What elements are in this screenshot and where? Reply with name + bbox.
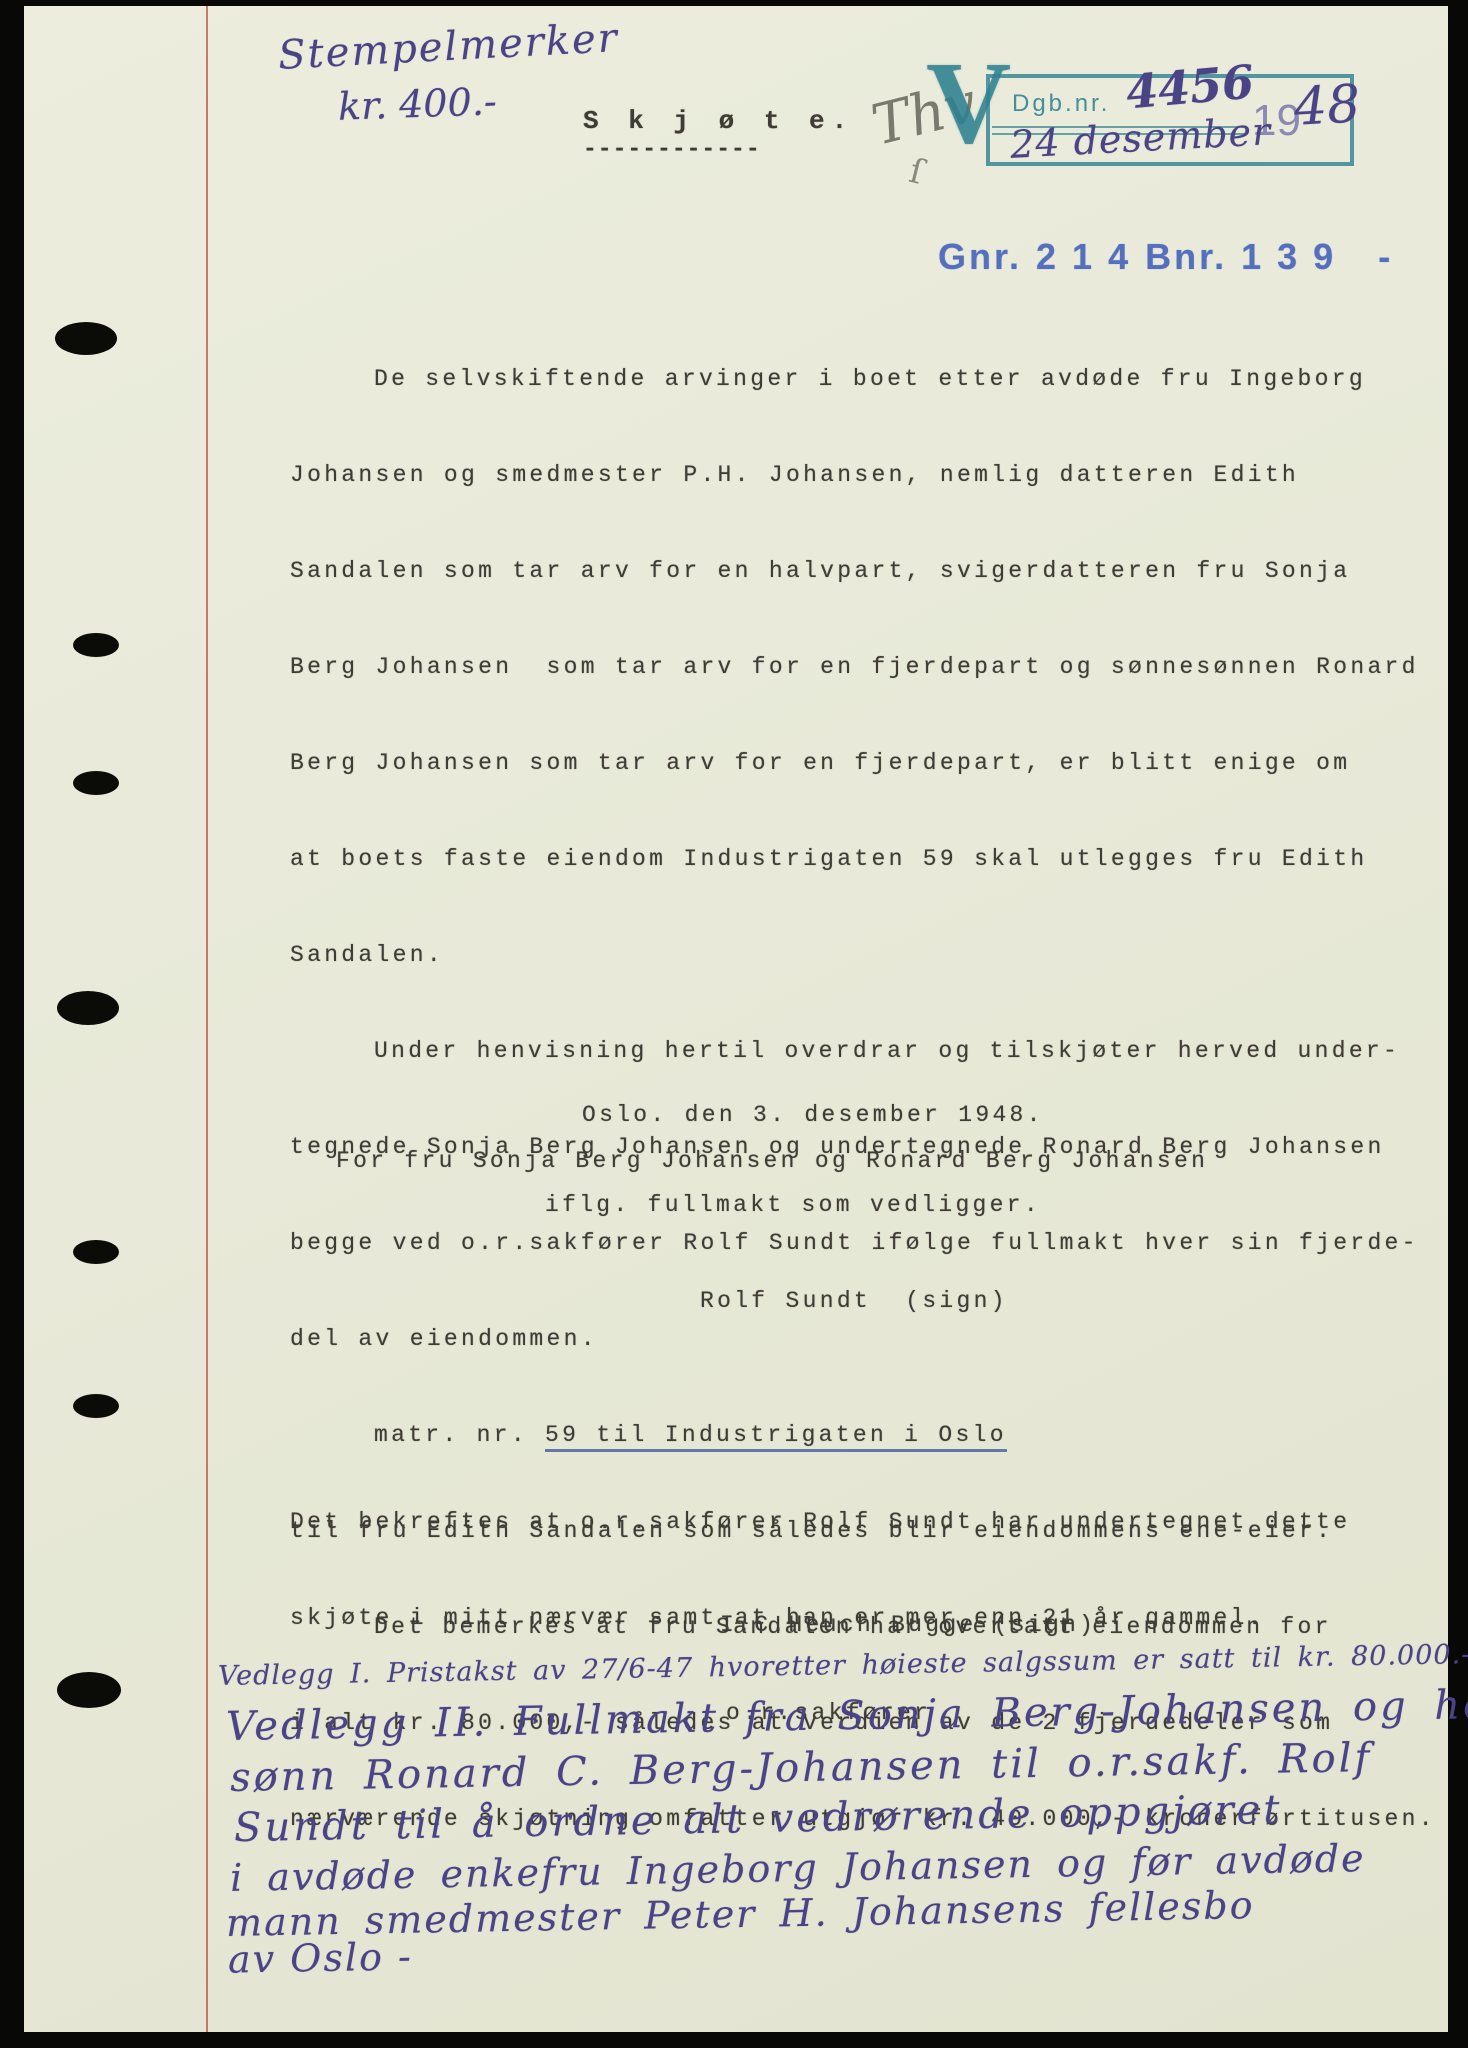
- signature-rolf-sundt: Rolf Sundt (sign): [700, 1288, 1008, 1314]
- hole-punch: [73, 771, 119, 795]
- attorney-line1: For fru Sonja Berg Johansen og Ronard Be…: [336, 1148, 1208, 1174]
- attorney-line2: iflg. fullmakt som vedligger.: [545, 1192, 1041, 1218]
- deed-line: Berg Johansen som tar arv for en fjerdep…: [290, 741, 1436, 785]
- deed-line: at boets faste eiendom Industrigaten 59 …: [290, 837, 1436, 881]
- title-underline: ------------: [583, 136, 761, 162]
- hole-punch: [73, 1394, 119, 1418]
- bnr-value: 1 3 9: [1241, 236, 1336, 277]
- document-title: S k j ø t e.: [583, 106, 854, 136]
- gnr-label: Gnr.: [938, 236, 1022, 277]
- matr-prefix: matr. nr.: [374, 1422, 545, 1448]
- journal-number-label: Dgb.nr.: [1012, 90, 1110, 118]
- deed-line: Johansen og smedmester P.H. Johansen, ne…: [290, 453, 1436, 497]
- journal-number-handwritten: 4456: [1124, 55, 1256, 120]
- deed-line: Sandalen.: [290, 933, 1436, 977]
- gnr-value: 2 1 4: [1036, 236, 1131, 277]
- year-handwritten: 48: [1292, 74, 1361, 137]
- deed-line: Under henvisning hertil overdrar og tils…: [290, 1029, 1436, 1073]
- deed-line: del av eiendommen.: [290, 1317, 1436, 1361]
- hole-punch: [73, 1240, 119, 1264]
- stamp-fee-note-line2: kr. 400.-: [337, 79, 497, 129]
- attachment-note-line: av Oslo -: [228, 1934, 414, 1981]
- cadastre-dash: -: [1378, 236, 1393, 277]
- deed-line: begge ved o.r.sakfører Rolf Sundt ifølge…: [290, 1221, 1436, 1265]
- signature-heuch-bugge: I.C.Heuch Bugge (sign): [720, 1612, 1096, 1638]
- hole-punch: [55, 322, 117, 355]
- deed-dateline: Oslo. den 3. desember 1948.: [582, 1102, 1044, 1128]
- bnr-label: Bnr.: [1145, 236, 1227, 277]
- margin-line: [206, 6, 208, 2032]
- hole-punch: [57, 1672, 121, 1708]
- cadastre-stamp: Gnr.2 1 4Bnr.1 3 9-: [938, 236, 1393, 278]
- hole-punch: [73, 633, 119, 657]
- document-scan: Stempelmerker kr. 400.- S k j ø t e. ---…: [0, 0, 1468, 2048]
- attestation-line1: Det bekreftes at o.r.sakfører Rolf Sundt…: [290, 1500, 1350, 1544]
- hole-punch: [57, 991, 119, 1025]
- deed-line: Sandalen som tar arv for en halvpart, sv…: [290, 549, 1436, 593]
- deed-line: De selvskiftende arvinger i boet etter a…: [290, 357, 1436, 401]
- deed-line: Berg Johansen som tar arv for en fjerdep…: [290, 645, 1436, 689]
